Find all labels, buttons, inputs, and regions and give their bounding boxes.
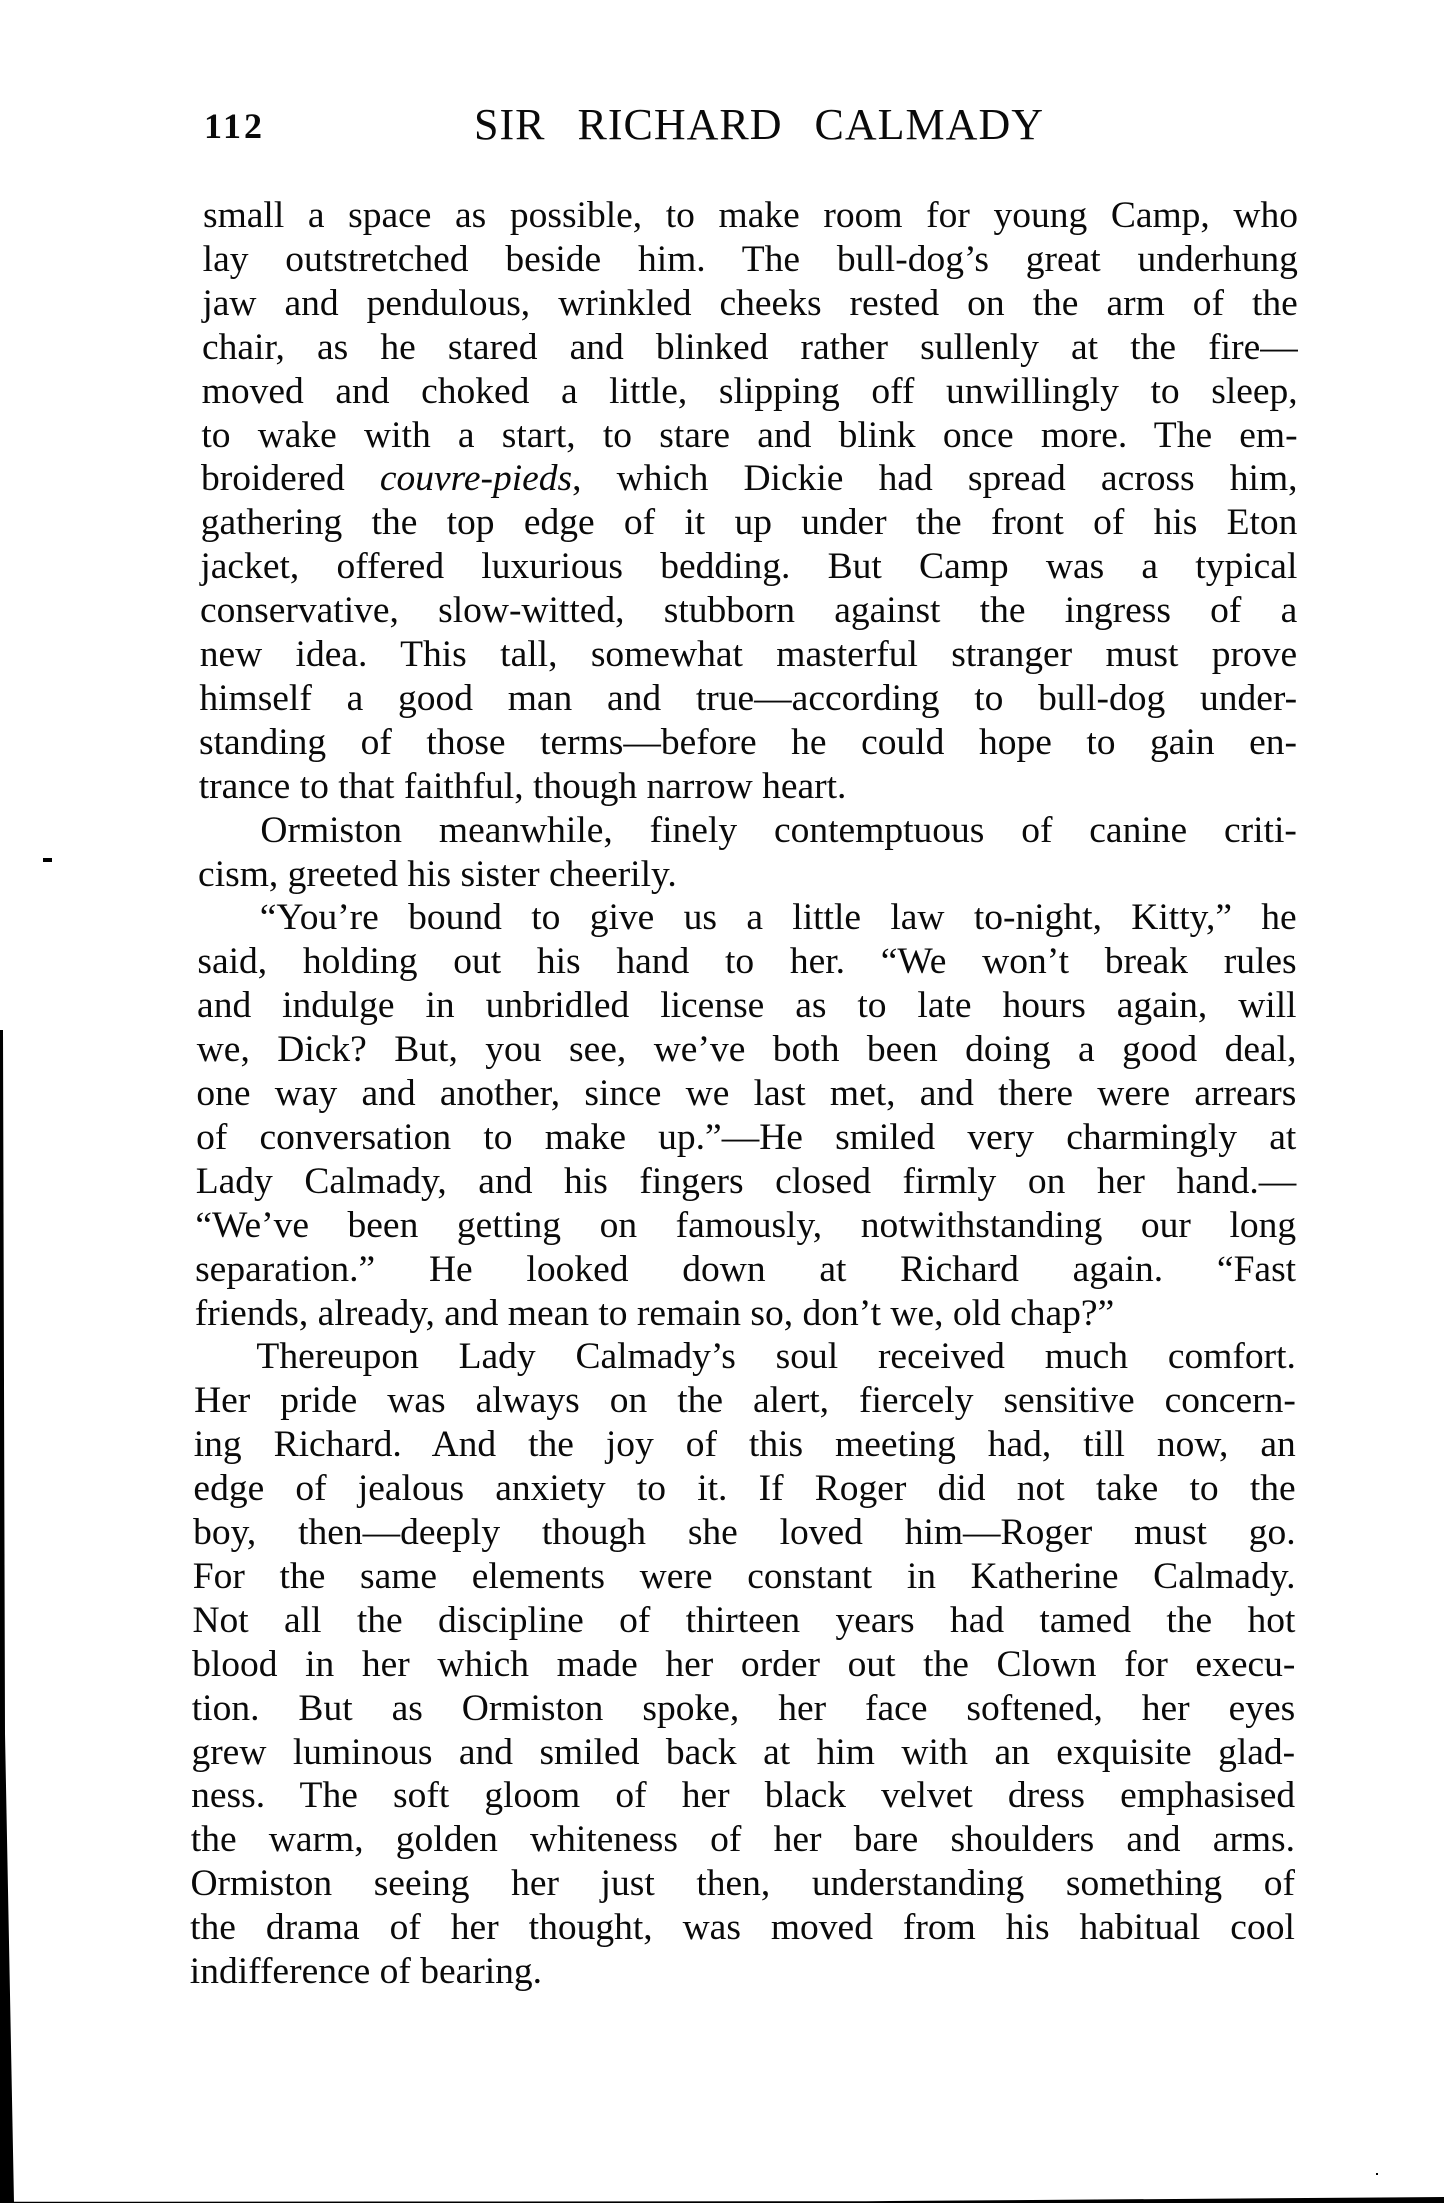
text-line: For the same elements were constant in K… <box>193 1555 1296 1599</box>
scan-speck <box>43 858 52 862</box>
text-line: separation.” He looked down at Richard a… <box>195 1248 1296 1292</box>
text-line: tion. But as Ormiston spoke, her face so… <box>192 1687 1296 1731</box>
text-line: ness. The soft gloom of her black velvet… <box>191 1774 1295 1818</box>
text-line: “We’ve been getting on famously, notwith… <box>195 1204 1296 1248</box>
text-line: Ormiston meanwhile, finely contemptuous … <box>260 809 1297 853</box>
text-line: and indulge in unbridled license as to l… <box>197 984 1297 1028</box>
text-line: small a space as possible, to make room … <box>203 194 1298 238</box>
text-line: conservative, slow-witted, stubborn agai… <box>200 589 1297 633</box>
scan-left-edge-shadow <box>0 1030 14 2203</box>
text-line: said, holding out his hand to her. “We w… <box>197 940 1296 984</box>
text-line: Ormiston seeing her just then, understan… <box>190 1862 1295 1906</box>
running-head: 112 SIR RICHARD CALMADY <box>0 0 1444 160</box>
text-line: the drama of her thought, was moved from… <box>190 1906 1295 1950</box>
book-page: 112 SIR RICHARD CALMADY small a space as… <box>0 0 1444 2203</box>
text-line: the warm, golden whiteness of her bare s… <box>191 1818 1295 1862</box>
text-line: himself a good man and true—according to… <box>199 677 1297 721</box>
text-line: cism, greeted his sister cheerily. <box>198 853 1297 897</box>
page-number: 112 <box>204 104 265 148</box>
text-line: indifference of bearing. <box>190 1950 1295 1994</box>
text-line: grew luminous and smiled back at him wit… <box>191 1731 1295 1775</box>
text-line: Her pride was always on the alert, fierc… <box>194 1379 1296 1423</box>
text-line: Lady Calmady, and his fingers closed fir… <box>196 1160 1297 1204</box>
text-line: one way and another, since we last met, … <box>196 1072 1296 1116</box>
text-line: new idea. This tall, somewhat masterful … <box>200 633 1298 677</box>
text-line: to wake with a start, to stare and blink… <box>201 414 1297 458</box>
scan-speck <box>1376 2173 1378 2175</box>
text-line: boy, then—deeply though she loved him—Ro… <box>193 1511 1296 1555</box>
italic-phrase: couvre-pieds <box>380 458 572 499</box>
text-line: friends, already, and mean to remain so,… <box>195 1292 1296 1336</box>
text-line: chair, as he stared and blinked rather s… <box>202 326 1298 370</box>
text-line: blood in her which made her order out th… <box>192 1643 1295 1687</box>
scan-bottom-edge-shadow <box>0 2197 1444 2203</box>
text-line: Thereupon Lady Calmady’s soul received m… <box>256 1335 1296 1379</box>
text-line: jacket, offered luxurious bedding. But C… <box>200 545 1297 589</box>
text-line: jaw and pendulous, wrinkled cheeks reste… <box>202 282 1298 326</box>
text-line: we, Dick? But, you see, we’ve both been … <box>197 1028 1297 1072</box>
book-title: SIR RICHARD CALMADY <box>474 100 1044 150</box>
text-line: trance to that faithful, though narrow h… <box>199 765 1297 809</box>
text-line: lay outstretched beside him. The bull-do… <box>203 238 1298 282</box>
text-line: moved and choked a little, slipping off … <box>202 370 1298 414</box>
text-line: gathering the top edge of it up under th… <box>201 501 1298 545</box>
text-line: “You’re bound to give us a little law to… <box>260 896 1297 940</box>
text-line: ing Richard. And the joy of this meeting… <box>194 1423 1296 1467</box>
text-line: Not all the discipline of thirteen years… <box>192 1599 1295 1643</box>
text-line: of conversation to make up.”—He smiled v… <box>196 1116 1296 1160</box>
text-line: edge of jealous anxiety to it. If Roger … <box>193 1467 1295 1511</box>
text-line: broidered couvre-pieds, which Dickie had… <box>201 457 1298 501</box>
text-line: standing of those terms—before he could … <box>199 721 1297 765</box>
